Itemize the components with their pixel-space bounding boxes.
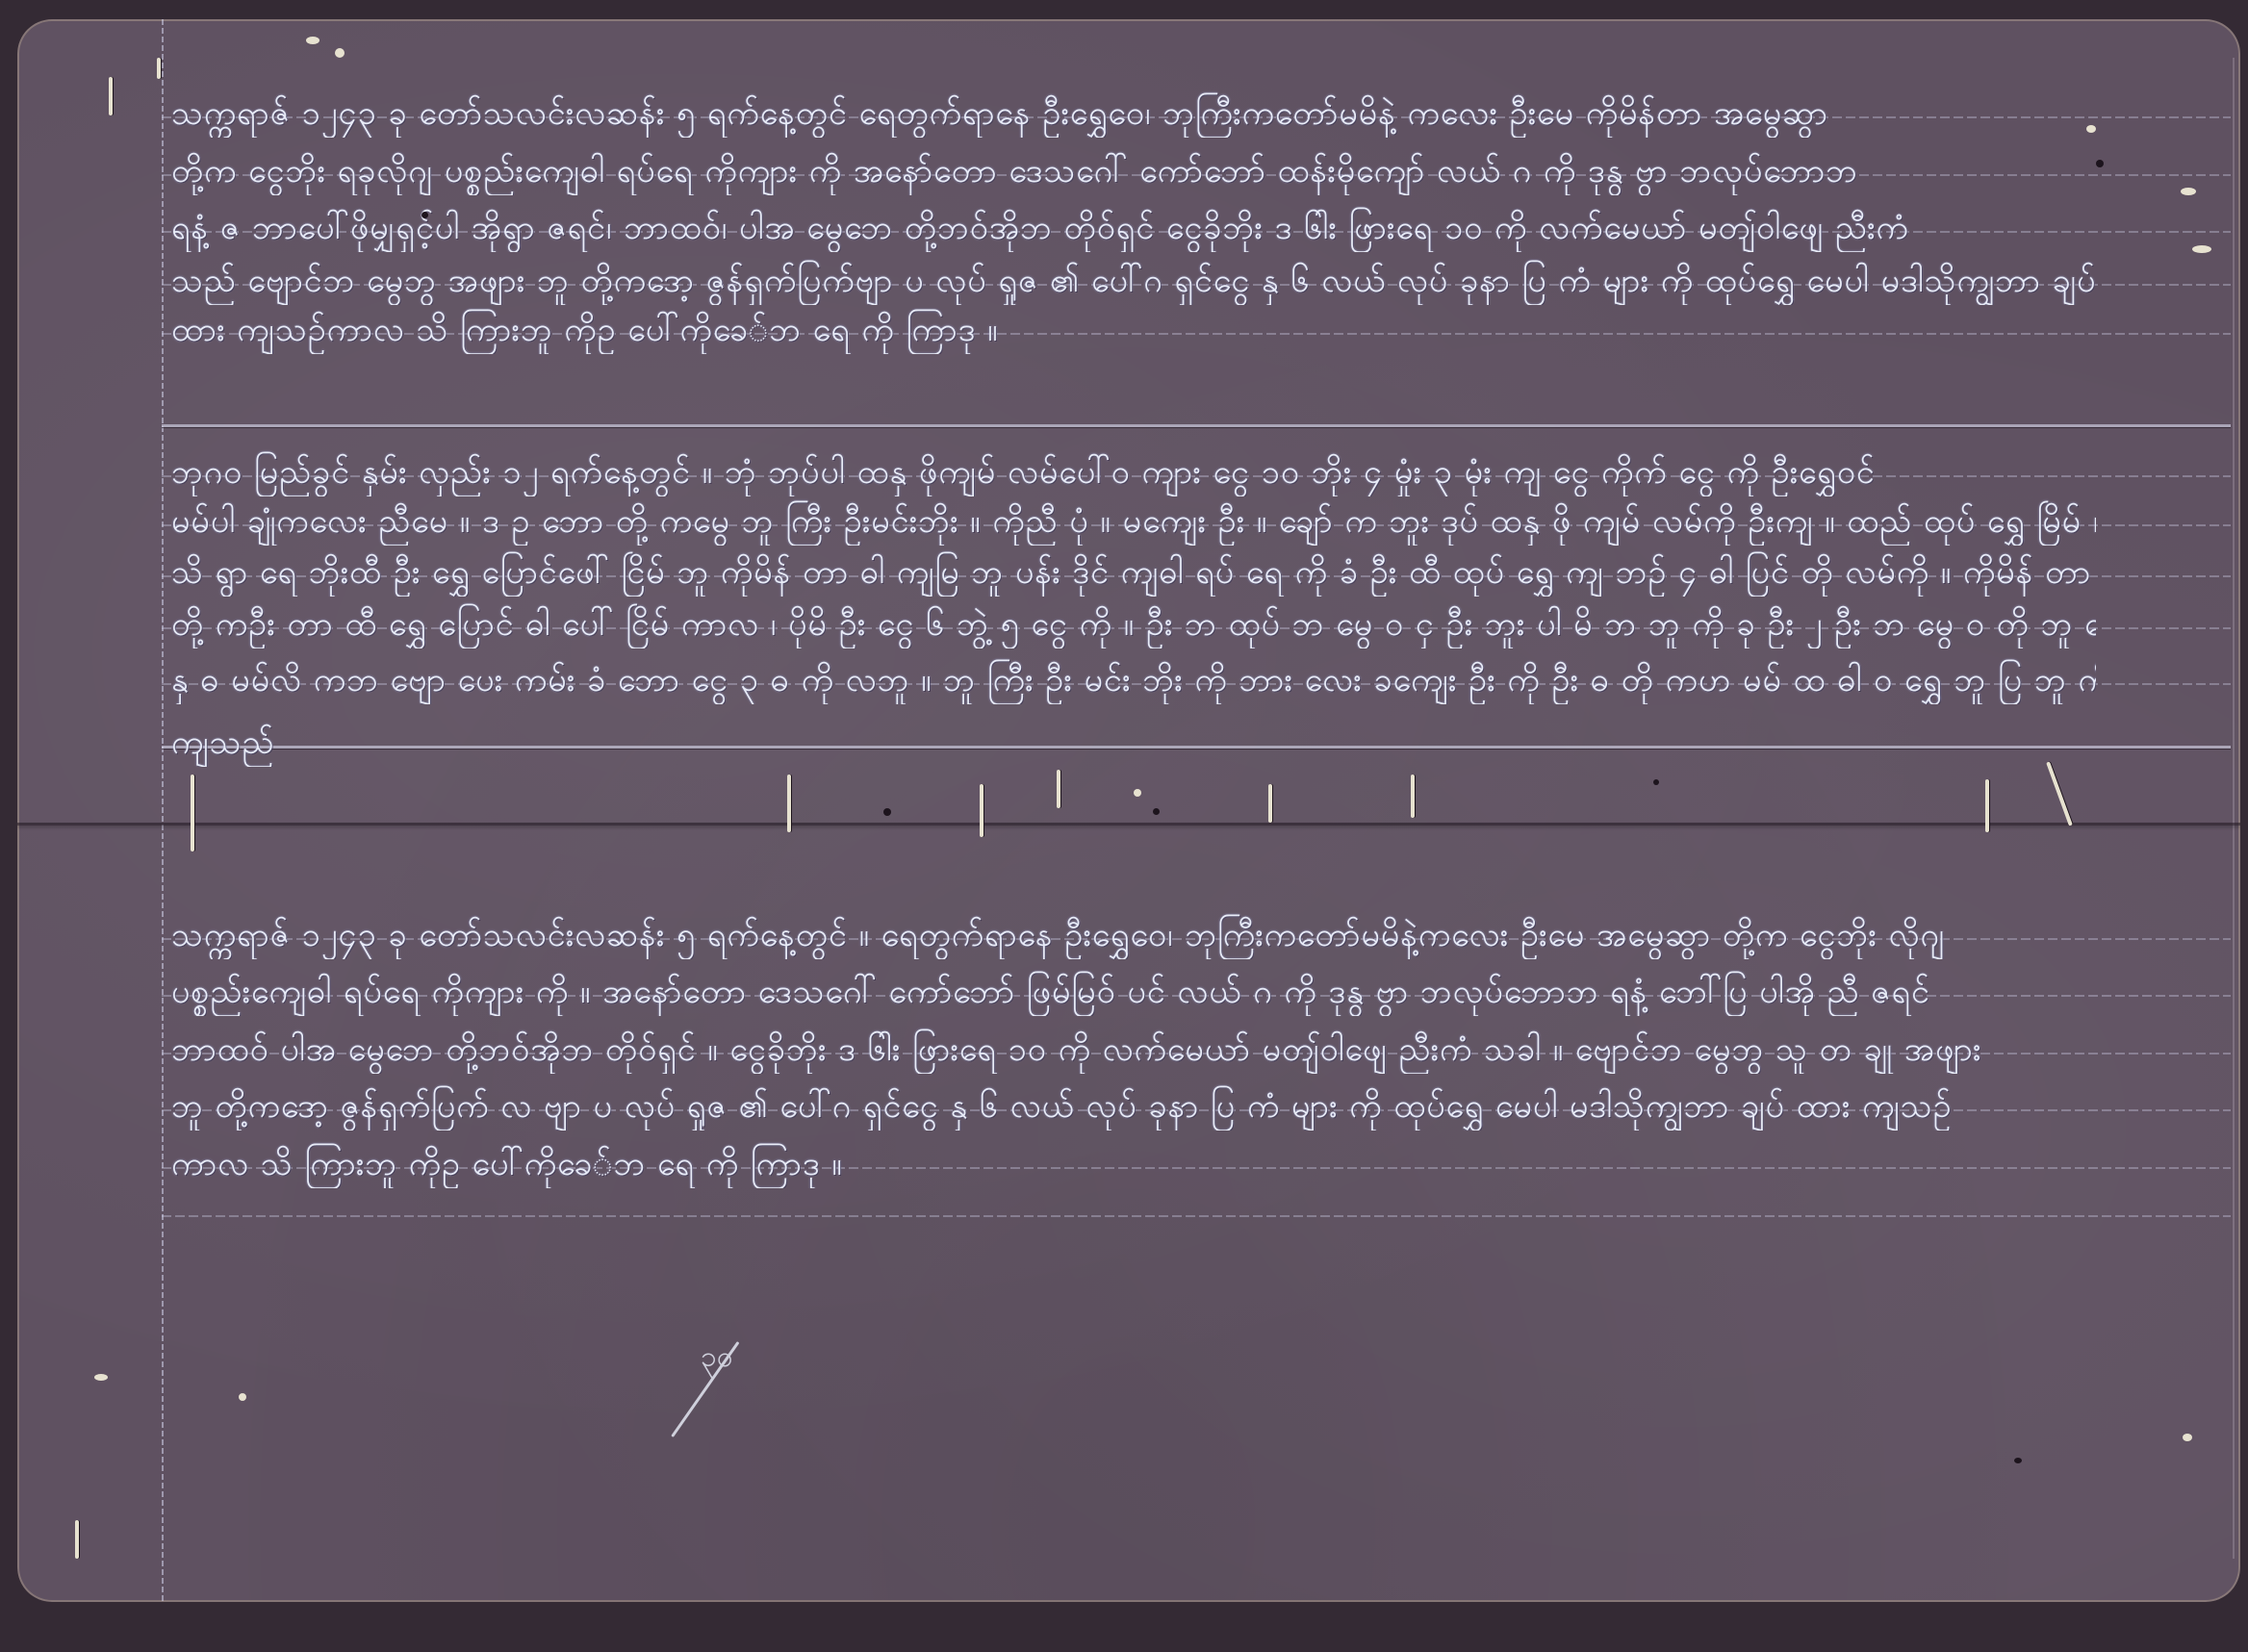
text-line: သက္ကရာဇ် ၁၂၄၃ ခု တော်သလင်းလဆန်း ၅ ရက်နေ့… (171, 911, 2096, 959)
paper-speck (2086, 125, 2096, 133)
text-line: ရနံ့ ဇ ဘာပေါ်ဖိုမျှရှင့်ပါ အိုရွာ ဇရင်၊ … (171, 204, 2154, 252)
paper-speck (2181, 188, 2196, 195)
text-line: သိ ရွာ ရေ ဘိုးထီ ဦး ရွှေ ပြောင်ဖေါ် ငြိမ… (171, 548, 2096, 597)
paper-speck (2014, 1458, 2022, 1463)
section-divider (162, 746, 2231, 749)
text-line: မမ်ပါ ချုံကလေး ညီမေ ။ ဒ ဥ ဘော တို့ ကမွေ … (171, 497, 2096, 546)
text-line: တို့က ငွေဘိုး ရခုလိုဂျ ပစ္စည်းကျေဓါ ရပ်ရ… (171, 147, 2096, 195)
paper-damage-mark (787, 775, 791, 832)
guide-rule (162, 1215, 2231, 1217)
text-line: တို့ ကဦး တာ ထီ ရွှေ ပြောင် ဓါ ပေါ် ငြိမ်… (171, 600, 2096, 648)
paper-speck (1134, 789, 1141, 797)
paper-speck (1653, 779, 1659, 785)
page-fold-crease (17, 823, 2240, 826)
left-margin-rule (162, 19, 164, 1602)
text-line: သည် ဗျောင်ဘ မွေဘွ အဖျား ဘူ တို့ကဒော့ ဇွန… (171, 257, 2134, 305)
paper-speck (94, 1374, 108, 1381)
parabaik-page: သက္ကရာဇ် ၁၂၄၃ ခု တော်သလင်းလဆန်း ၅ ရက်နေ့… (17, 19, 2240, 1602)
paper-speck (2183, 1434, 2192, 1441)
paper-damage-mark (109, 77, 113, 115)
paper-damage-mark (1057, 770, 1060, 808)
paper-speck (2192, 245, 2211, 253)
paper-speck (2096, 160, 2104, 167)
paper-speck (306, 37, 319, 44)
text-line: ဘူ တို့ကဒော့ ဇွန်ရှက်ပြက် လ ဗျာ ပ လုပ် ရ… (171, 1082, 2134, 1131)
text-line: ကာလ သိ ကြားဘူ ကိုဥ ပေါ်ကိုခေ်ဘ ရေ ကို ကြ… (171, 1140, 1018, 1188)
paper-damage-mark (1268, 784, 1272, 823)
paper-damage-mark (157, 58, 161, 79)
paper-damage-mark (980, 784, 983, 837)
paper-damage-mark (1985, 779, 1989, 832)
paper-speck (1153, 808, 1160, 815)
page-number-annotation: ၃၀ (691, 1328, 806, 1443)
paper-speck (335, 48, 345, 58)
right-edge-rule (2233, 58, 2235, 1559)
text-line: နှ ဓ မမ်လိ ကဘ ဗျော ပေး ကမ်း ခံ ဘော ငွေ ၃… (171, 656, 2096, 704)
text-line: သက္ကရာဇ် ၁၂၄၃ ခု တော်သလင်းလဆန်း ၅ ရက်နေ့… (171, 89, 2096, 138)
paper-damage-mark (75, 1520, 79, 1559)
text-line: ဘုဂဝ မြည်ခွင် နှမ်း လှည်း ၁၂ ရက်နေ့တွင် … (171, 448, 2067, 496)
manuscript-photo: သက္ကရာဇ် ၁၂၄၃ ခု တော်သလင်းလဆန်း ၅ ရက်နေ့… (0, 0, 2248, 1652)
text-line: ထား ကျသဉ်ကာလ သိ ကြားဘူ ကိုဥ ပေါ်ကိုခေ်ဘ … (171, 306, 1230, 354)
paper-speck (421, 212, 428, 218)
paper-speck (883, 808, 891, 816)
paper-damage-mark (2046, 761, 2073, 826)
paper-damage-mark (1411, 775, 1415, 818)
paper-speck (239, 1393, 246, 1401)
section-divider (162, 424, 2231, 427)
paper-damage-mark (191, 775, 194, 851)
text-line: ကျသည် (171, 719, 296, 767)
text-line: ဘာထဝ် ပါအ မွေဘေ တို့ဘဝ်အိုဘ တိုဝ်ရှင် ။ … (171, 1026, 2144, 1074)
text-line: ပစ္စည်းကျေဓါ ရပ်ရေ ကိုကျား ကို ။ အနော်တေ… (171, 968, 2096, 1016)
